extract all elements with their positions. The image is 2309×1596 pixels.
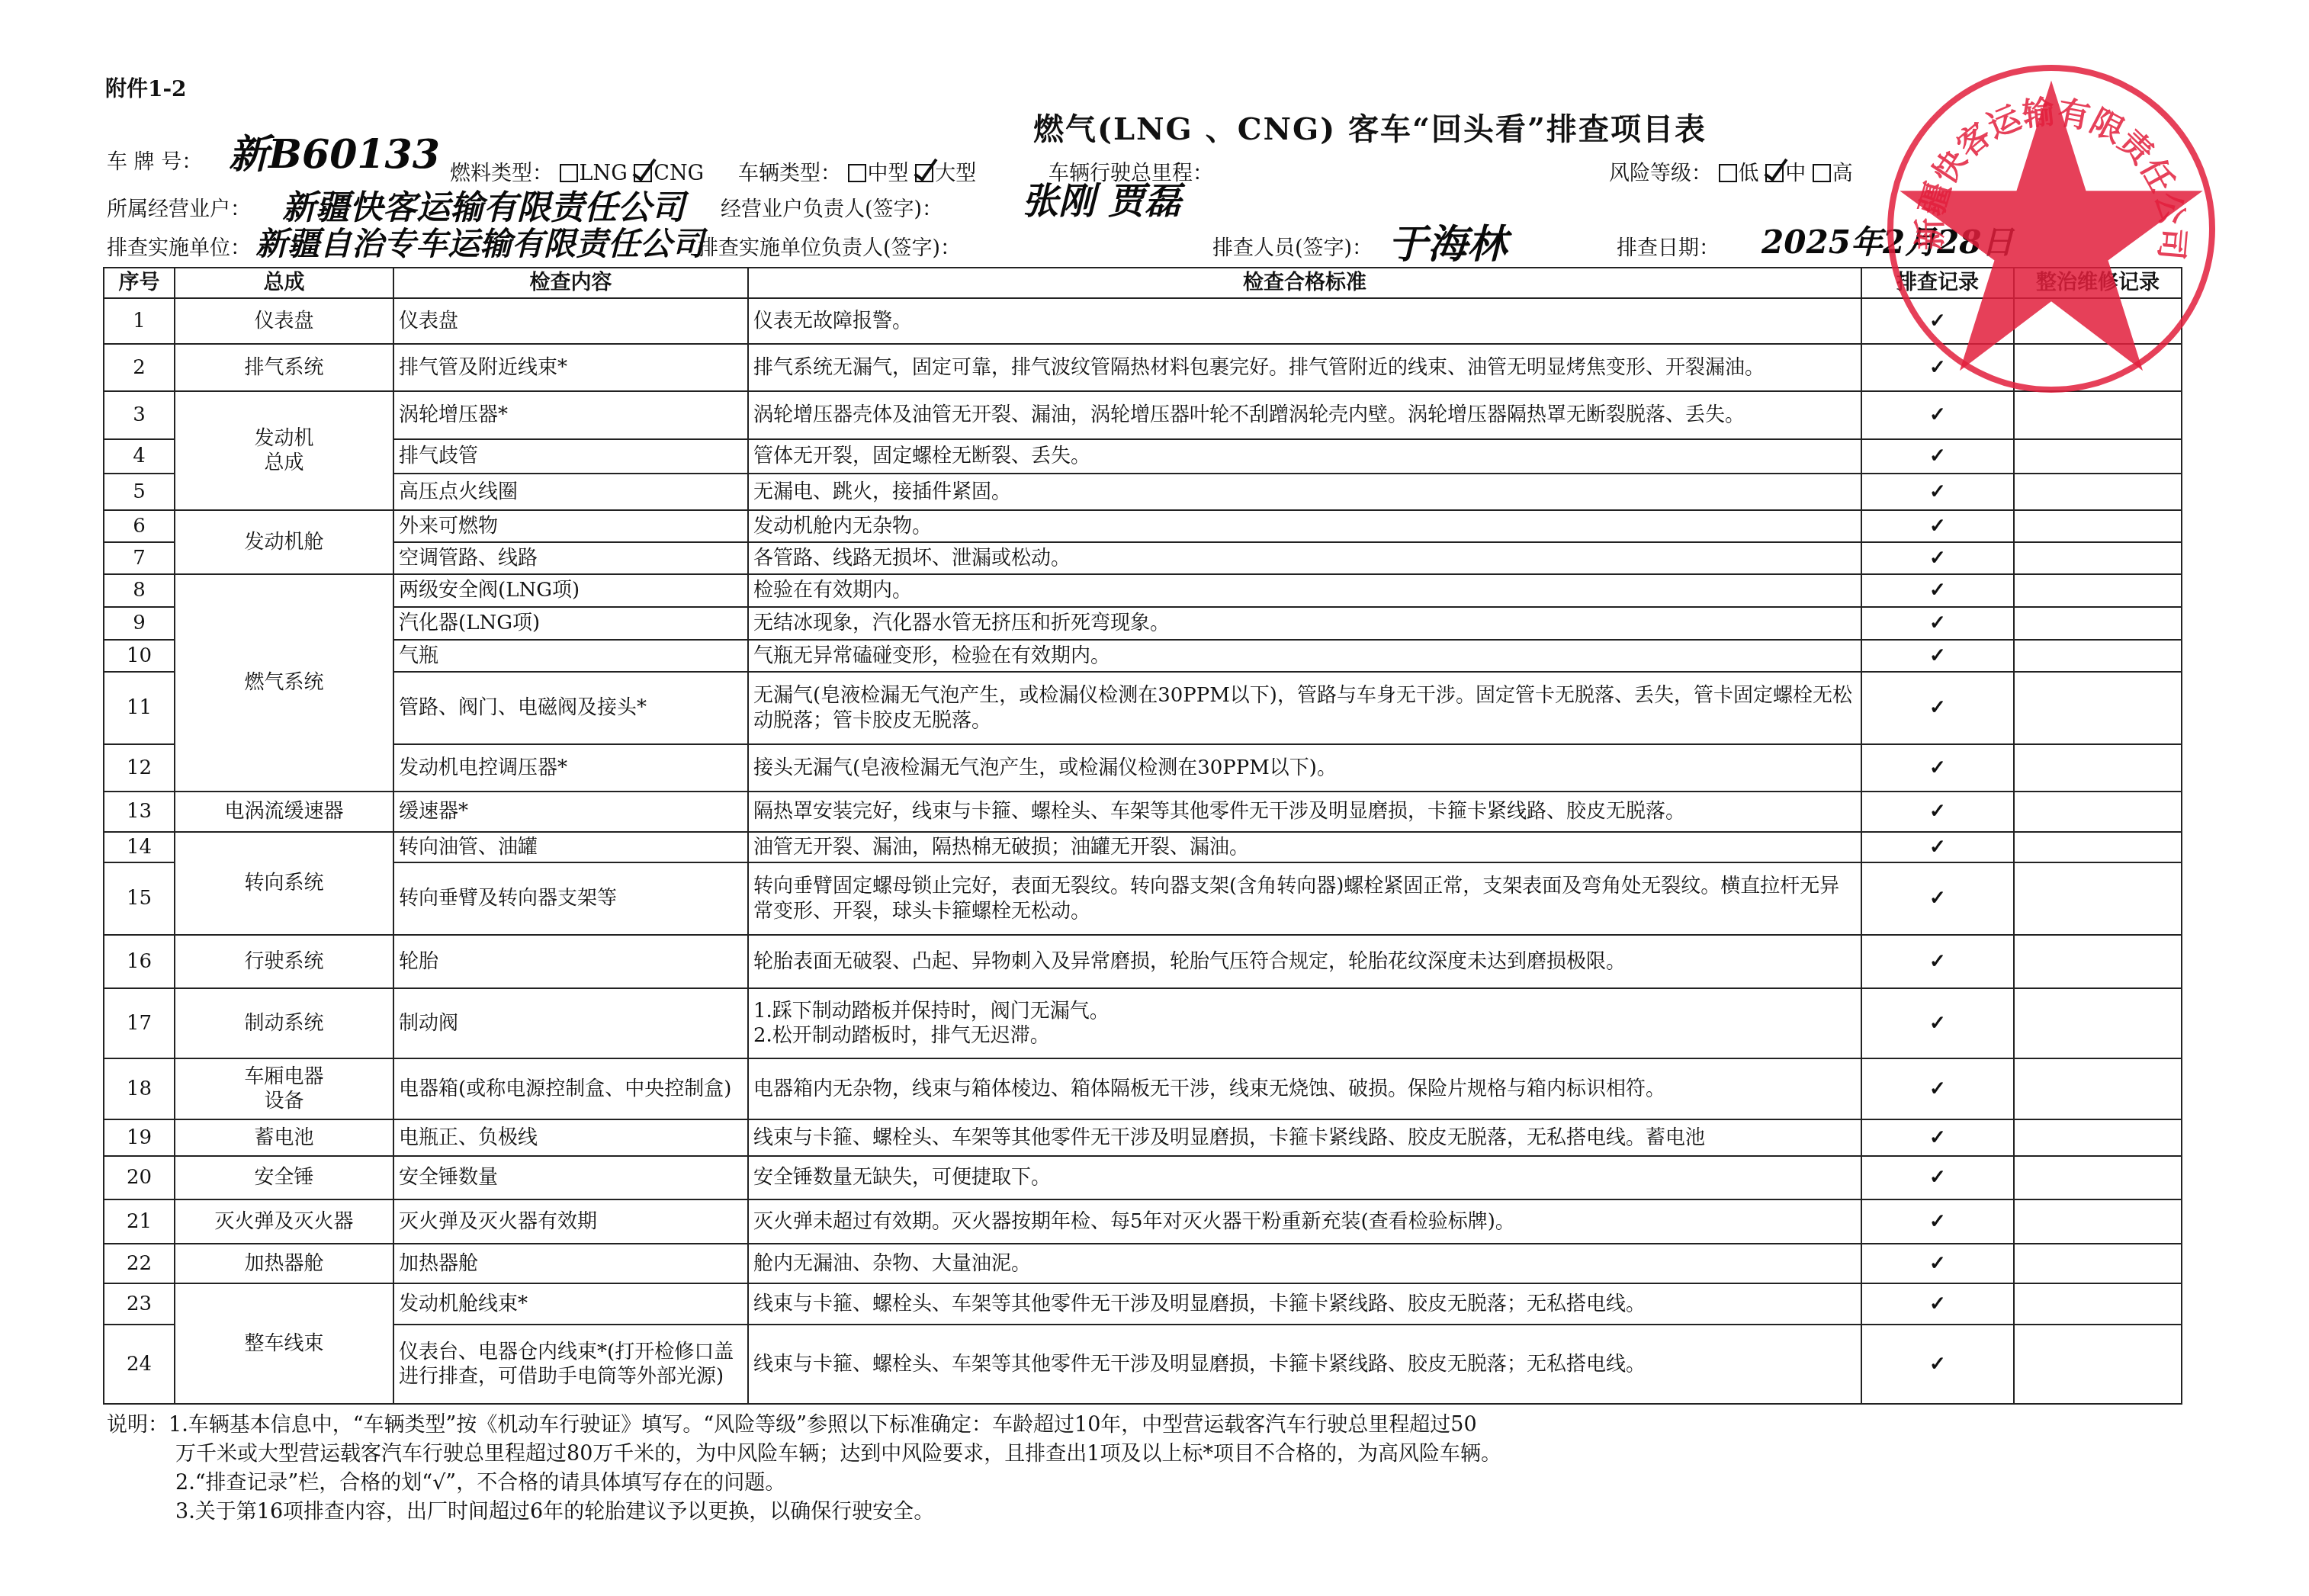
row-number: 2 bbox=[104, 344, 175, 391]
repair-cell[interactable] bbox=[2014, 832, 2182, 862]
record-cell[interactable]: ✓ bbox=[1861, 862, 2014, 935]
table-row: 24仪表台、电器仓内线束*(打开检修口盖进行排查，可借助手电筒等外部光源)线束与… bbox=[104, 1325, 2182, 1404]
operator-head-signature[interactable]: 张刚 贾磊 bbox=[1022, 172, 1181, 224]
table-row: 23整车线束发动机舱线束*线束与卡箍、螺栓头、车架等其他零件无干涉及明显磨损，卡… bbox=[104, 1283, 2182, 1325]
row-number: 1 bbox=[104, 298, 175, 344]
table-row: 11管路、阀门、电磁阀及接头*无漏气(皂液检漏无气泡产生，或检漏仪检测在30PP… bbox=[104, 672, 2182, 744]
row-number: 24 bbox=[104, 1325, 175, 1404]
risk-medium-label: 中 bbox=[1785, 162, 1806, 185]
record-cell[interactable]: ✓ bbox=[1861, 607, 2014, 640]
item-cell: 排气歧管 bbox=[393, 439, 748, 474]
vehicle-type-field: 车辆类型： 中型 大型 bbox=[738, 156, 976, 186]
repair-cell[interactable] bbox=[2014, 298, 2182, 344]
table-row: 4排气歧管管体无开裂，固定螺栓无断裂、丢失。✓ bbox=[104, 439, 2182, 474]
record-cell[interactable]: ✓ bbox=[1861, 344, 2014, 391]
item-cell: 灭火弹及灭火器有效期 bbox=[393, 1199, 748, 1244]
standard-cell: 灭火弹未超过有效期。灭火器按期年检、每5年对灭火器干粉重新充装(查看检验标牌)。 bbox=[748, 1199, 1861, 1244]
record-cell[interactable]: ✓ bbox=[1861, 1325, 2014, 1404]
risk-high-label: 高 bbox=[1832, 162, 1853, 185]
table-row: 15转向垂臂及转向器支架等转向垂臂固定螺母锁止完好，表面无裂纹。转向器支架(含角… bbox=[104, 862, 2182, 935]
assembly-cell: 加热器舱 bbox=[175, 1244, 393, 1283]
table-row: 5高压点火线圈无漏电、跳火，接插件紧固。✓ bbox=[104, 474, 2182, 510]
col-header-record: 排查记录 bbox=[1861, 268, 2014, 298]
table-row: 12发动机电控调压器*接头无漏气(皂液检漏无气泡产生，或检漏仪检测在30PPM以… bbox=[104, 744, 2182, 792]
standard-cell: 仪表无故障报警。 bbox=[748, 298, 1861, 344]
col-header-item: 检查内容 bbox=[393, 268, 748, 298]
item-cell: 仪表台、电器仓内线束*(打开检修口盖进行排查，可借助手电筒等外部光源) bbox=[393, 1325, 748, 1404]
table-row: 18车厢电器 设备电器箱(或称电源控制盒、中央控制盒)电器箱内无杂物，线束与箱体… bbox=[104, 1058, 2182, 1119]
table-row: 14转向系统转向油管、油罐油管无开裂、漏油，隔热棉无破损；油罐无开裂、漏油。✓ bbox=[104, 832, 2182, 862]
standard-cell: 检验在有效期内。 bbox=[748, 574, 1861, 607]
operator-label: 所属经营业户： bbox=[107, 192, 251, 222]
record-cell[interactable]: ✓ bbox=[1861, 510, 2014, 542]
standard-cell: 无漏气(皂液检漏无气泡产生，或检漏仪检测在30PPM以下)，管路与车身无干涉。固… bbox=[748, 672, 1861, 744]
assembly-cell: 转向系统 bbox=[175, 832, 393, 935]
col-header-standard: 检查合格标准 bbox=[748, 268, 1861, 298]
standard-cell: 发动机舱内无杂物。 bbox=[748, 510, 1861, 542]
repair-cell[interactable] bbox=[2014, 1199, 2182, 1244]
row-number: 10 bbox=[104, 640, 175, 672]
row-number: 22 bbox=[104, 1244, 175, 1283]
row-number: 4 bbox=[104, 439, 175, 474]
record-cell[interactable]: ✓ bbox=[1861, 474, 2014, 510]
standard-cell: 涡轮增压器壳体及油管无开裂、漏油，涡轮增压器叶轮不刮蹭涡轮壳内壁。涡轮增压器隔热… bbox=[748, 391, 1861, 439]
table-row: 13电涡流缓速器缓速器*隔热罩安装完好，线束与卡箍、螺栓头、车架等其他零件无干涉… bbox=[104, 792, 2182, 832]
item-cell: 高压点火线圈 bbox=[393, 474, 748, 510]
inspection-table: 序号 总成 检查内容 检查合格标准 排查记录 整治维修记录 1仪表盘仪表盘仪表无… bbox=[103, 267, 2182, 1405]
page-title: 燃气(LNG 、CNG) 客车“回头看”排查项目表 bbox=[1033, 105, 1707, 149]
inspector-person-signature[interactable]: 于海林 bbox=[1388, 212, 1507, 269]
assembly-cell: 整车线束 bbox=[175, 1283, 393, 1404]
assembly-cell: 排气系统 bbox=[175, 344, 393, 391]
standard-cell: 线束与卡箍、螺栓头、车架等其他零件无干涉及明显磨损，卡箍卡紧线路、胶皮无脱落；无… bbox=[748, 1283, 1861, 1325]
item-cell: 电瓶正、负极线 bbox=[393, 1119, 748, 1156]
repair-cell[interactable] bbox=[2014, 391, 2182, 439]
standard-cell: 管体无开裂，固定螺栓无断裂、丢失。 bbox=[748, 439, 1861, 474]
standard-cell: 舱内无漏油、杂物、大量油泥。 bbox=[748, 1244, 1861, 1283]
item-cell: 发动机电控调压器* bbox=[393, 744, 748, 792]
item-cell: 转向油管、油罐 bbox=[393, 832, 748, 862]
table-header-row: 序号 总成 检查内容 检查合格标准 排查记录 整治维修记录 bbox=[104, 268, 2182, 298]
row-number: 7 bbox=[104, 542, 175, 574]
plate-value[interactable]: 新B60133 bbox=[229, 122, 440, 179]
table-row: 10气瓶气瓶无异常磕碰变形，检验在有效期内。✓ bbox=[104, 640, 2182, 672]
table-row: 20安全锤安全锤数量安全锤数量无缺失，可便捷取下。✓ bbox=[104, 1156, 2182, 1199]
repair-cell[interactable] bbox=[2014, 862, 2182, 935]
standard-cell: 1.踩下制动踏板并保持时，阀门无漏气。 2.松开制动踏板时，排气无迟滞。 bbox=[748, 988, 1861, 1058]
row-number: 15 bbox=[104, 862, 175, 935]
item-cell: 轮胎 bbox=[393, 935, 748, 988]
record-cell[interactable]: ✓ bbox=[1861, 640, 2014, 672]
item-cell: 汽化器(LNG项) bbox=[393, 607, 748, 640]
standard-cell: 油管无开裂、漏油，隔热棉无破损；油罐无开裂、漏油。 bbox=[748, 832, 1861, 862]
repair-cell[interactable] bbox=[2014, 607, 2182, 640]
item-cell: 仪表盘 bbox=[393, 298, 748, 344]
record-cell[interactable]: ✓ bbox=[1861, 832, 2014, 862]
record-cell[interactable]: ✓ bbox=[1861, 1244, 2014, 1283]
standard-cell: 各管路、线路无损坏、泄漏或松动。 bbox=[748, 542, 1861, 574]
col-header-assembly: 总成 bbox=[175, 268, 393, 298]
standard-cell: 无结冰现象，汽化器水管无挤压和折死弯现象。 bbox=[748, 607, 1861, 640]
item-cell: 发动机舱线束* bbox=[393, 1283, 748, 1325]
risk-medium-checkbox[interactable] bbox=[1765, 164, 1784, 182]
record-cell[interactable]: ✓ bbox=[1861, 1283, 2014, 1325]
vehicle-medium-label: 中型 bbox=[868, 162, 909, 185]
repair-cell[interactable] bbox=[2014, 439, 2182, 474]
repair-cell[interactable] bbox=[2014, 1119, 2182, 1156]
standard-cell: 气瓶无异常磕碰变形，检验在有效期内。 bbox=[748, 640, 1861, 672]
notes-label: 说明： bbox=[107, 1413, 169, 1437]
note-line-3: 2.“排查记录”栏，合格的划“√”，不合格的请具体填写存在的问题。 bbox=[107, 1469, 1501, 1498]
record-cell[interactable]: ✓ bbox=[1861, 542, 2014, 574]
repair-cell[interactable] bbox=[2014, 672, 2182, 744]
item-cell: 加热器舱 bbox=[393, 1244, 748, 1283]
standard-cell: 接头无漏气(皂液检漏无气泡产生，或检漏仪检测在30PPM以下)。 bbox=[748, 744, 1861, 792]
note-line-2: 万千米或大型营运载客汽车行驶总里程超过80万千米的，为中风险车辆；达到中风险要求… bbox=[107, 1440, 1501, 1469]
record-cell[interactable]: ✓ bbox=[1861, 1058, 2014, 1119]
assembly-cell: 安全锤 bbox=[175, 1156, 393, 1199]
standard-cell: 轮胎表面无破裂、凸起、异物刺入及异常磨损，轮胎气压符合规定，轮胎花纹深度未达到磨… bbox=[748, 935, 1861, 988]
repair-cell[interactable] bbox=[2014, 744, 2182, 792]
note-line-4: 3.关于第16项排查内容，出厂时间超过6年的轮胎建议予以更换，以确保行驶安全。 bbox=[107, 1498, 1501, 1527]
row-number: 11 bbox=[104, 672, 175, 744]
standard-cell: 电器箱内无杂物，线束与箱体棱边、箱体隔板无干涉，线束无烧蚀、破损。保险片规格与箱… bbox=[748, 1058, 1861, 1119]
record-cell[interactable]: ✓ bbox=[1861, 792, 2014, 832]
repair-cell[interactable] bbox=[2014, 988, 2182, 1058]
col-header-no: 序号 bbox=[104, 268, 175, 298]
vehicle-large-checkbox[interactable] bbox=[915, 164, 933, 182]
table-row: 16行驶系统轮胎轮胎表面无破裂、凸起、异物刺入及异常磨损，轮胎气压符合规定，轮胎… bbox=[104, 935, 2182, 988]
attachment-label: 附件1-2 bbox=[105, 72, 187, 103]
row-number: 12 bbox=[104, 744, 175, 792]
table-row: 19蓄电池电瓶正、负极线线束与卡箍、螺栓头、车架等其他零件无干涉及明显磨损，卡箍… bbox=[104, 1119, 2182, 1156]
standard-cell: 无漏电、跳火，接插件紧固。 bbox=[748, 474, 1861, 510]
inspector-unit-value[interactable]: 新疆自治专车运输有限责任公司 bbox=[255, 219, 704, 265]
table-row: 7空调管路、线路各管路、线路无损坏、泄漏或松动。✓ bbox=[104, 542, 2182, 574]
item-cell: 制动阀 bbox=[393, 988, 748, 1058]
inspector-person-label: 排查人员(签字)： bbox=[1212, 231, 1373, 261]
table-row: 21灭火弹及灭火器灭火弹及灭火器有效期灭火弹未超过有效期。灭火器按期年检、每5年… bbox=[104, 1199, 2182, 1244]
assembly-cell: 仪表盘 bbox=[175, 298, 393, 344]
record-cell[interactable]: ✓ bbox=[1861, 574, 2014, 607]
row-number: 6 bbox=[104, 510, 175, 542]
record-cell[interactable]: ✓ bbox=[1861, 1156, 2014, 1199]
repair-cell[interactable] bbox=[2014, 574, 2182, 607]
table-row: 2排气系统排气管及附近线束*排气系统无漏气，固定可靠，排气波纹管隔热材料包裹完好… bbox=[104, 344, 2182, 391]
row-number: 14 bbox=[104, 832, 175, 862]
repair-cell[interactable] bbox=[2014, 640, 2182, 672]
date-label: 排查日期： bbox=[1617, 231, 1720, 261]
item-cell: 空调管路、线路 bbox=[393, 542, 748, 574]
repair-cell[interactable] bbox=[2014, 542, 2182, 574]
record-cell[interactable]: ✓ bbox=[1861, 744, 2014, 792]
row-number: 9 bbox=[104, 607, 175, 640]
standard-cell: 隔热罩安装完好，线束与卡箍、螺栓头、车架等其他零件无干涉及明显磨损，卡箍卡紧线路… bbox=[748, 792, 1861, 832]
assembly-cell: 灭火弹及灭火器 bbox=[175, 1199, 393, 1244]
item-cell: 安全锤数量 bbox=[393, 1156, 748, 1199]
notes-section: 说明：1.车辆基本信息中，“车辆类型”按《机动车行驶证》填写。“风险等级”参照以… bbox=[107, 1411, 1501, 1527]
item-cell: 两级安全阀(LNG项) bbox=[393, 574, 748, 607]
inspector-unit-label: 排查实施单位： bbox=[107, 231, 251, 261]
table-row: 17制动系统制动阀1.踩下制动踏板并保持时，阀门无漏气。 2.松开制动踏板时，排… bbox=[104, 988, 2182, 1058]
item-cell: 排气管及附近线束* bbox=[393, 344, 748, 391]
inspector-head-label: 排查实施单位负责人(签字)： bbox=[698, 231, 961, 261]
record-cell[interactable]: ✓ bbox=[1861, 298, 2014, 344]
row-number: 23 bbox=[104, 1283, 175, 1325]
standard-cell: 线束与卡箍、螺栓头、车架等其他零件无干涉及明显磨损，卡箍卡紧线路、胶皮无脱落；无… bbox=[748, 1325, 1861, 1404]
row-number: 8 bbox=[104, 574, 175, 607]
item-cell: 气瓶 bbox=[393, 640, 748, 672]
date-value[interactable]: 2025年2月28日 bbox=[1761, 217, 2014, 263]
standard-cell: 安全锤数量无缺失，可便捷取下。 bbox=[748, 1156, 1861, 1199]
note-line-1: 1.车辆基本信息中，“车辆类型”按《机动车行驶证》填写。“风险等级”参照以下标准… bbox=[169, 1413, 1477, 1437]
item-cell: 外来可燃物 bbox=[393, 510, 748, 542]
row-number: 16 bbox=[104, 935, 175, 988]
item-cell: 涡轮增压器* bbox=[393, 391, 748, 439]
repair-cell[interactable] bbox=[2014, 1325, 2182, 1404]
repair-cell[interactable] bbox=[2014, 344, 2182, 391]
row-number: 21 bbox=[104, 1199, 175, 1244]
standard-cell: 排气系统无漏气，固定可靠，排气波纹管隔热材料包裹完好。排气管附近的线束、油管无明… bbox=[748, 344, 1861, 391]
assembly-cell: 制动系统 bbox=[175, 988, 393, 1058]
record-cell[interactable]: ✓ bbox=[1861, 988, 2014, 1058]
operator-head-label: 经营业户负责人(签字)： bbox=[721, 192, 943, 222]
item-cell: 缓速器* bbox=[393, 792, 748, 832]
assembly-cell: 发动机 总成 bbox=[175, 391, 393, 510]
assembly-cell: 发动机舱 bbox=[175, 510, 393, 574]
record-cell[interactable]: ✓ bbox=[1861, 439, 2014, 474]
row-number: 17 bbox=[104, 988, 175, 1058]
item-cell: 电器箱(或称电源控制盒、中央控制盒) bbox=[393, 1058, 748, 1119]
repair-cell[interactable] bbox=[2014, 935, 2182, 988]
repair-cell[interactable] bbox=[2014, 1058, 2182, 1119]
item-cell: 管路、阀门、电磁阀及接头* bbox=[393, 672, 748, 744]
row-number: 19 bbox=[104, 1119, 175, 1156]
table-row: 9汽化器(LNG项)无结冰现象，汽化器水管无挤压和折死弯现象。✓ bbox=[104, 607, 2182, 640]
risk-low-label: 低 bbox=[1739, 162, 1759, 185]
risk-level-field: 风险等级： 低 中 高 bbox=[1609, 156, 1853, 186]
row-number: 5 bbox=[104, 474, 175, 510]
vehicle-medium-checkbox[interactable] bbox=[848, 164, 866, 182]
table-row: 8燃气系统两级安全阀(LNG项)检验在有效期内。✓ bbox=[104, 574, 2182, 607]
risk-high-checkbox[interactable] bbox=[1813, 164, 1831, 182]
row-number: 18 bbox=[104, 1058, 175, 1119]
repair-cell[interactable] bbox=[2014, 1283, 2182, 1325]
assembly-cell: 燃气系统 bbox=[175, 574, 393, 792]
record-cell[interactable]: ✓ bbox=[1861, 1119, 2014, 1156]
table-row: 22加热器舱加热器舱舱内无漏油、杂物、大量油泥。✓ bbox=[104, 1244, 2182, 1283]
row-number: 3 bbox=[104, 391, 175, 439]
repair-cell[interactable] bbox=[2014, 510, 2182, 542]
record-cell[interactable]: ✓ bbox=[1861, 391, 2014, 439]
assembly-cell: 行驶系统 bbox=[175, 935, 393, 988]
standard-cell: 线束与卡箍、螺栓头、车架等其他零件无干涉及明显磨损，卡箍卡紧线路、胶皮无脱落，无… bbox=[748, 1119, 1861, 1156]
row-number: 20 bbox=[104, 1156, 175, 1199]
repair-cell[interactable] bbox=[2014, 1244, 2182, 1283]
table-row: 1仪表盘仪表盘仪表无故障报警。✓ bbox=[104, 298, 2182, 344]
row-number: 13 bbox=[104, 792, 175, 832]
col-header-repair: 整治维修记录 bbox=[2014, 268, 2182, 298]
risk-low-checkbox[interactable] bbox=[1719, 164, 1737, 182]
assembly-cell: 蓄电池 bbox=[175, 1119, 393, 1156]
assembly-cell: 车厢电器 设备 bbox=[175, 1058, 393, 1119]
vehicle-large-label: 大型 bbox=[935, 162, 976, 185]
record-cell[interactable]: ✓ bbox=[1861, 1199, 2014, 1244]
table-row: 3发动机 总成涡轮增压器*涡轮增压器壳体及油管无开裂、漏油，涡轮增压器叶轮不刮蹭… bbox=[104, 391, 2182, 439]
mileage-field[interactable] bbox=[1220, 156, 1449, 179]
item-cell: 转向垂臂及转向器支架等 bbox=[393, 862, 748, 935]
table-row: 6发动机舱外来可燃物发动机舱内无杂物。✓ bbox=[104, 510, 2182, 542]
repair-cell[interactable] bbox=[2014, 792, 2182, 832]
repair-cell[interactable] bbox=[2014, 474, 2182, 510]
vehicle-type-label: 车辆类型： bbox=[738, 162, 841, 185]
standard-cell: 转向垂臂固定螺母锁止完好，表面无裂纹。转向器支架(含角转向器)螺栓紧固正常，支架… bbox=[748, 862, 1861, 935]
repair-cell[interactable] bbox=[2014, 1156, 2182, 1199]
assembly-cell: 电涡流缓速器 bbox=[175, 792, 393, 832]
record-cell[interactable]: ✓ bbox=[1861, 672, 2014, 744]
plate-label: 车 牌 号： bbox=[107, 145, 202, 175]
risk-label: 风险等级： bbox=[1609, 162, 1712, 185]
record-cell[interactable]: ✓ bbox=[1861, 935, 2014, 988]
